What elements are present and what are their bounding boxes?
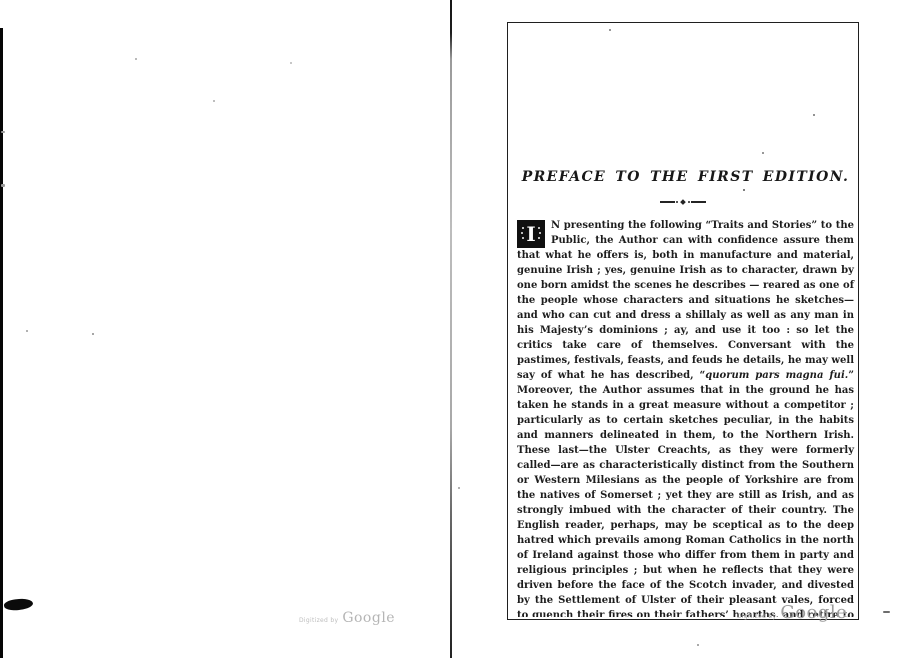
ornament-right-rule (691, 201, 706, 202)
scan-edge-strip (0, 28, 3, 658)
decorative-initial: I (517, 220, 545, 248)
page-border-box: PREFACE TO THE FIRST EDITION. I N presen… (507, 22, 859, 620)
paragraph-text-part1: N presenting the following “Traits and S… (517, 220, 854, 381)
preface-paragraph: I N presenting the following “Traits and… (508, 218, 858, 617)
ornament-dot (676, 201, 678, 203)
initial-letter: I (517, 222, 545, 246)
right-preface-page: PREFACE TO THE FIRST EDITION. I N presen… (452, 0, 900, 658)
preface-title: PREFACE TO THE FIRST EDITION. (517, 169, 854, 185)
ornament-diamond (680, 199, 686, 205)
google-logo-text: Google (342, 610, 395, 626)
digitized-by-label: Digitized by (299, 617, 338, 624)
google-watermark-left: Digitized by Google (299, 610, 395, 626)
paragraph-text-part2: ” Moreover, the Author assumes that in t… (517, 370, 854, 617)
left-blank-page: Digitized by Google (4, 0, 450, 658)
divider-ornament (660, 199, 706, 205)
ornament-dot (688, 201, 690, 203)
latin-quote-italic: quorum pars magna fui. (705, 370, 848, 381)
ornament-left-rule (660, 201, 675, 202)
book-scan-canvas: Digitized by Google PREFACE TO THE FIRST… (0, 0, 900, 658)
